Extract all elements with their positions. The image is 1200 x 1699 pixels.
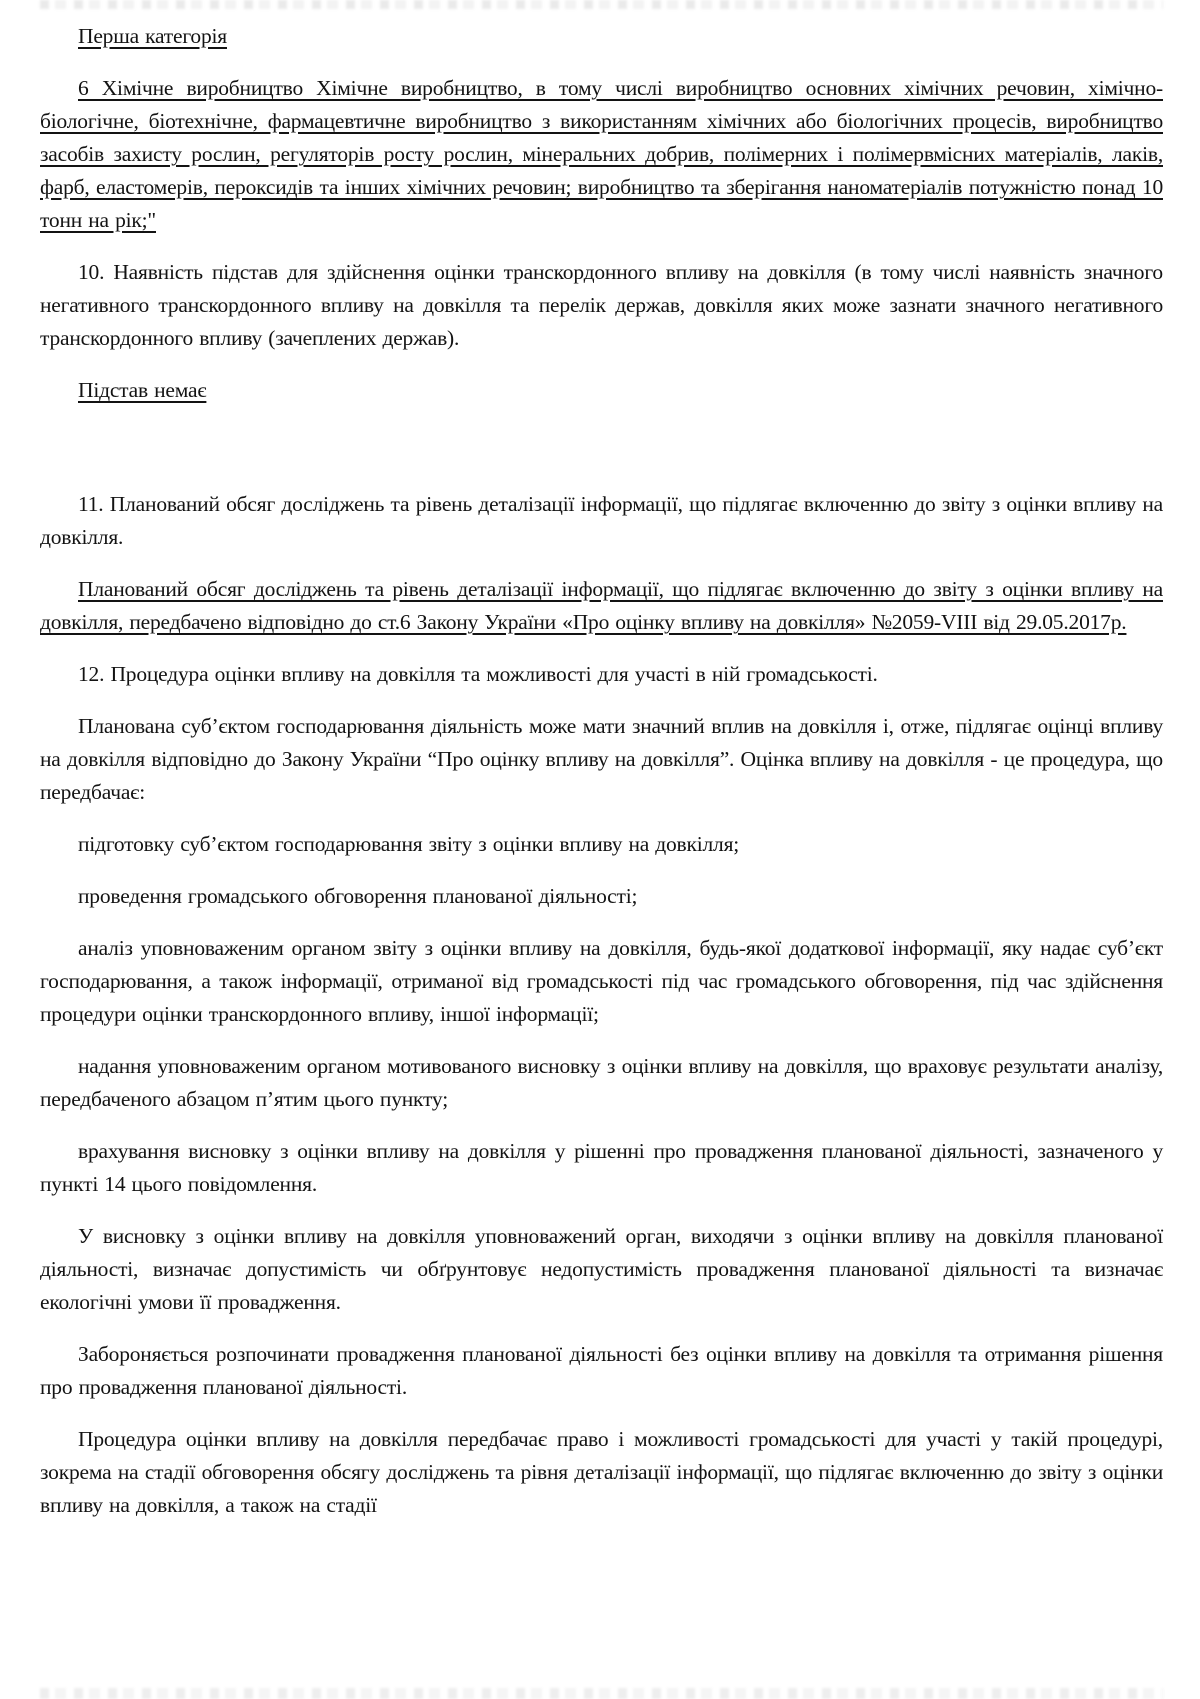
public-participation-paragraph: Процедура оцінки впливу на довкілля пере… [40, 1423, 1163, 1522]
item-12-intro: Планована суб’єктом господарювання діяль… [40, 710, 1163, 809]
procedure-step-report-preparation: підготовку суб’єктом господарювання звіт… [40, 828, 1163, 861]
prohibition-paragraph: Забороняється розпочинати провадження пл… [40, 1338, 1163, 1404]
first-category-heading: Перша категорія [40, 20, 1163, 53]
procedure-step-public-discussion: проведення громадського обговорення план… [40, 880, 1163, 913]
item-10-transboundary-grounds: 10. Наявність підстав для здійснення оці… [40, 256, 1163, 355]
clipped-next-line-fragment [40, 1688, 1163, 1699]
document-page: Перша категорія 6 Хімічне виробництво Хі… [40, 20, 1163, 1541]
conclusion-authority-paragraph: У висновку з оцінки впливу на довкілля у… [40, 1220, 1163, 1319]
procedure-step-analysis: аналіз уповноваженим органом звіту з оці… [40, 932, 1163, 1031]
clipped-previous-line-fragment [40, 0, 1163, 9]
category-6-chemical-production: 6 Хімічне виробництво Хімічне виробництв… [40, 72, 1163, 237]
item-12-procedure-heading: 12. Процедура оцінки впливу на довкілля … [40, 658, 1163, 691]
item-11-research-scope: 11. Планований обсяг досліджень та рівен… [40, 488, 1163, 554]
item-11-answer: Планований обсяг досліджень та рівень де… [40, 573, 1163, 639]
procedure-step-conclusion: надання уповноваженим органом мотивовано… [40, 1050, 1163, 1116]
no-grounds-statement: Підстав немає [40, 374, 1163, 407]
procedure-step-decision: врахування висновку з оцінки впливу на д… [40, 1135, 1163, 1201]
